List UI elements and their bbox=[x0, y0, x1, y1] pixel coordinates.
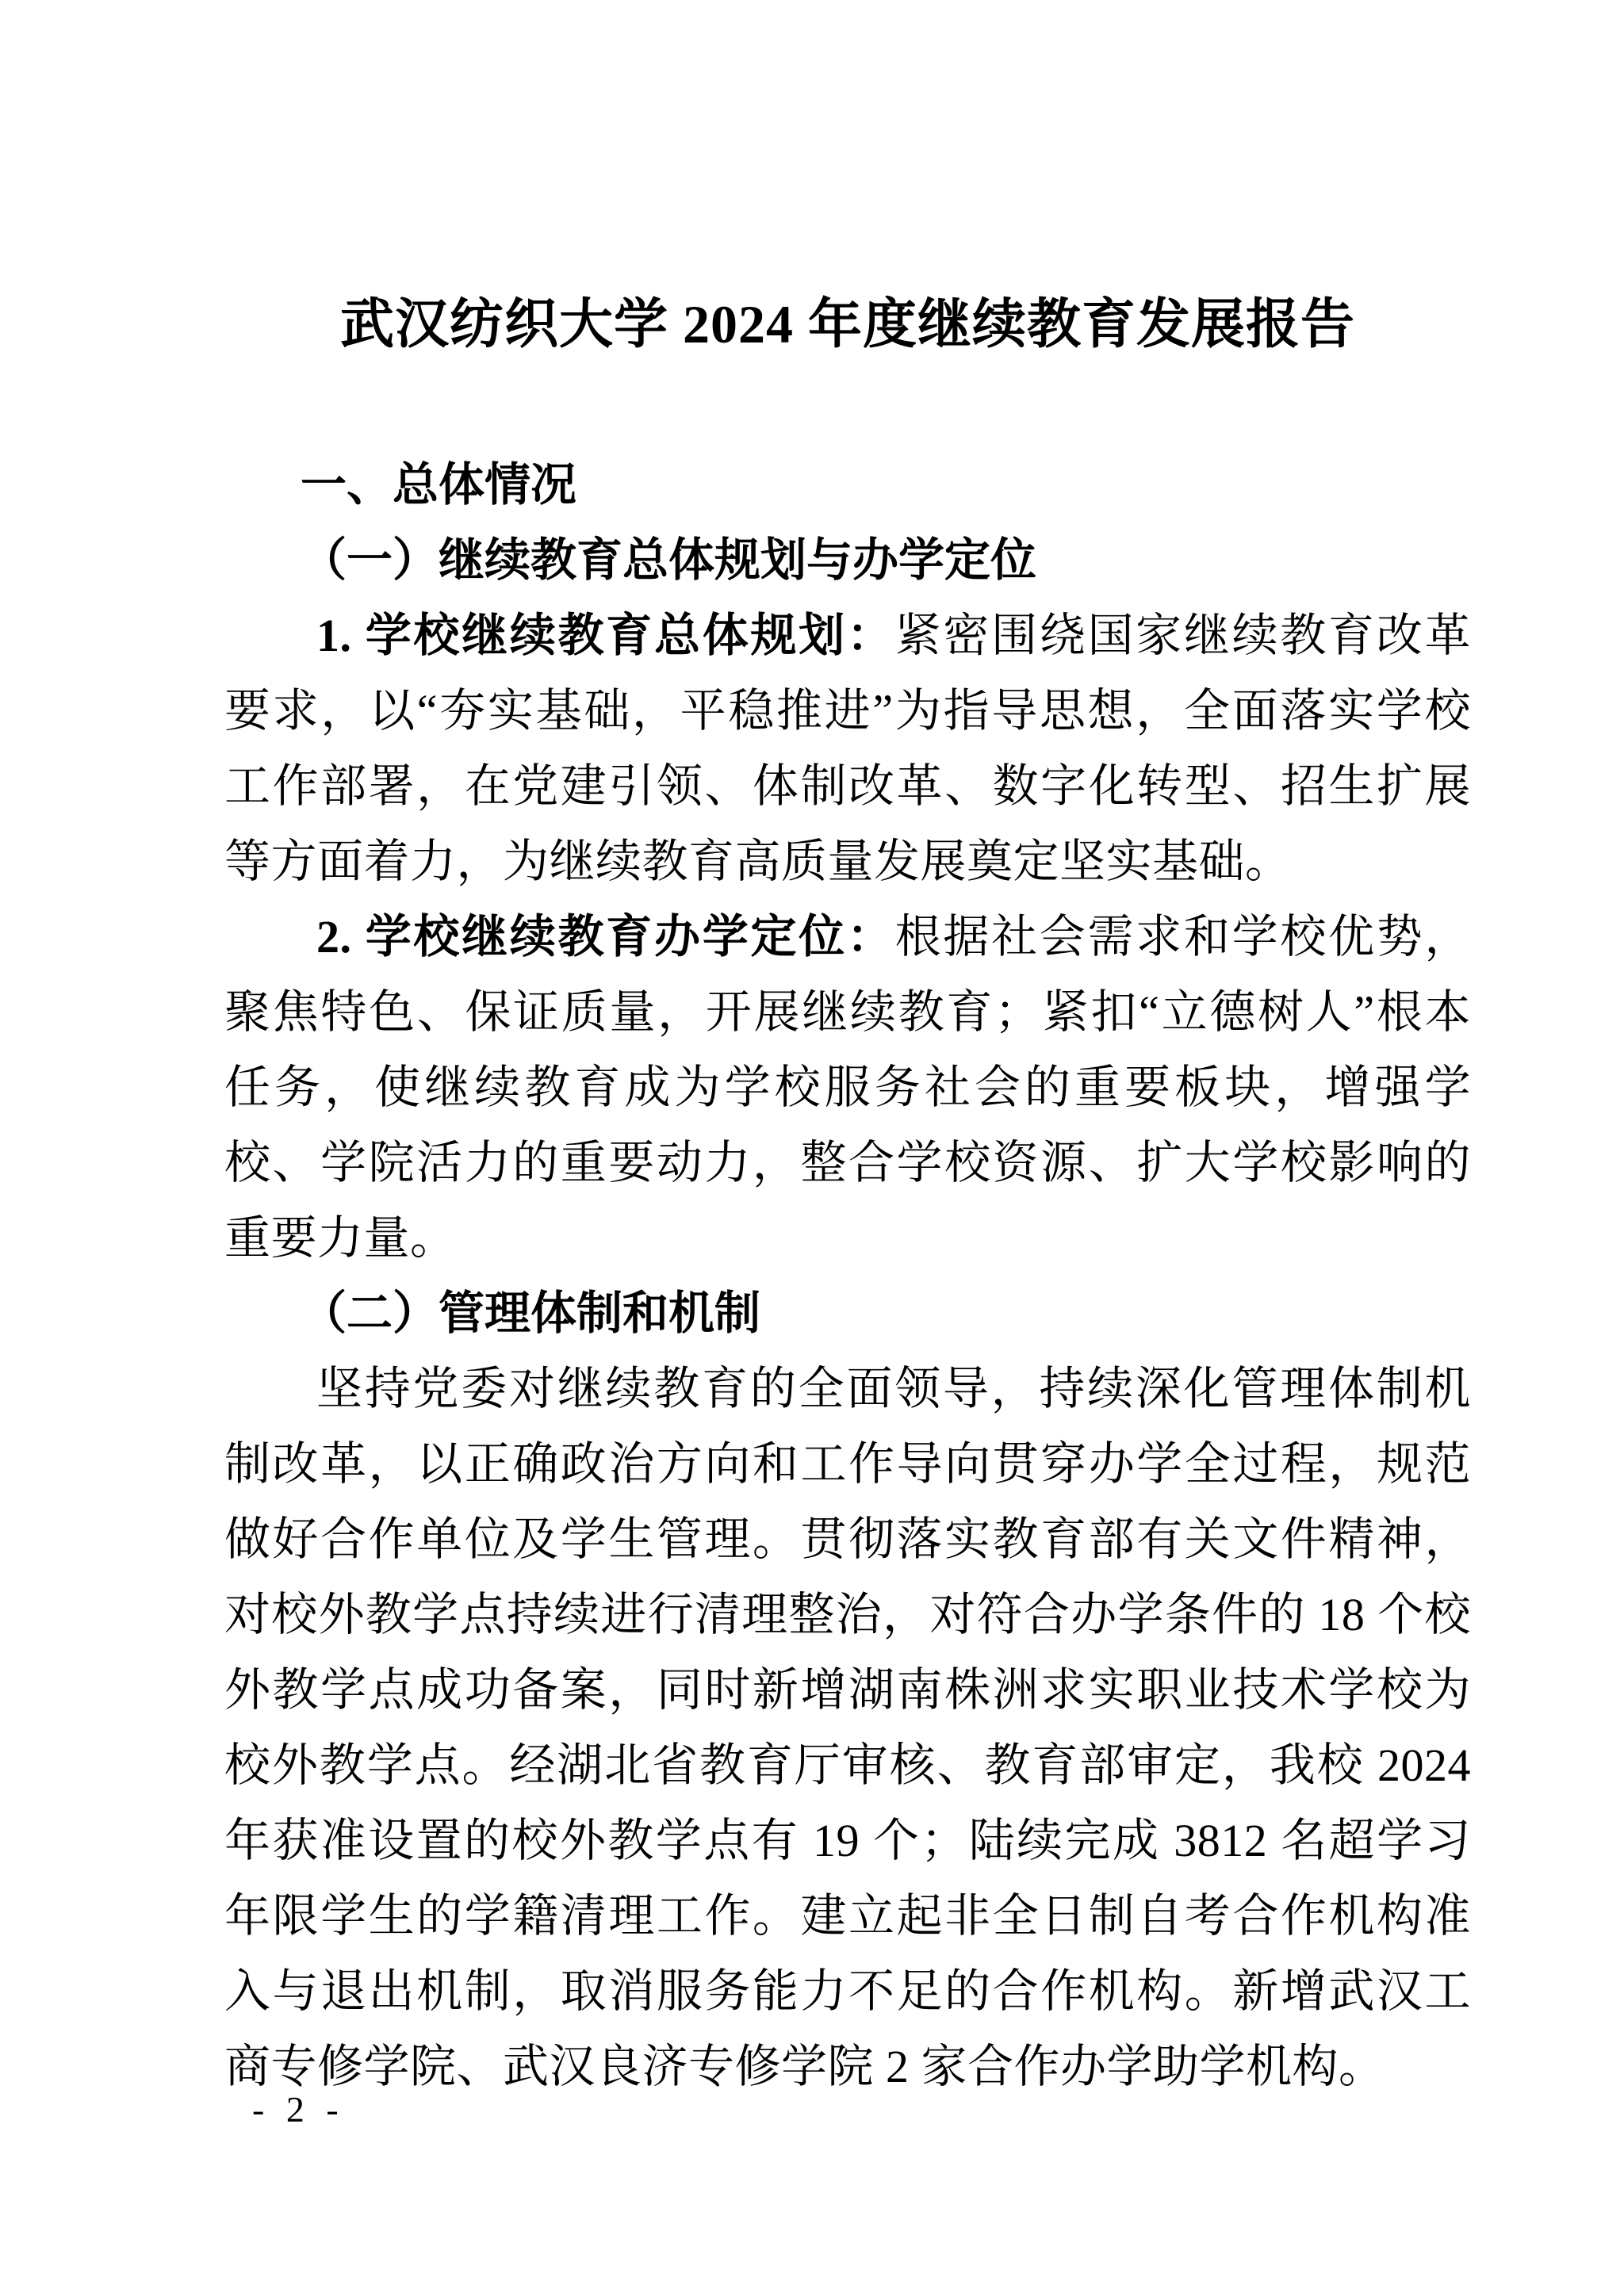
paragraph-management-system-text: 坚持党委对继续教育的全面领导，持续深化管理体制机制改革，以正确政治方向和工作导向… bbox=[224, 1363, 1471, 2092]
heading-overall-situation: 一、总体情况 bbox=[224, 447, 1471, 522]
paragraph-school-positioning-lead: 2. 学校继续教育办学定位： bbox=[316, 911, 895, 962]
page-number: - 2 - bbox=[252, 2089, 345, 2130]
paragraph-management-system: 坚持党委对继续教育的全面领导，持续深化管理体制机制改革，以正确政治方向和工作导向… bbox=[224, 1351, 1471, 2104]
document-body: 一、总体情况 （一）继续教育总体规划与办学定位 1. 学校继续教育总体规划：紧密… bbox=[224, 447, 1471, 2104]
heading-management-system: （二）管理体制和机制 bbox=[224, 1276, 1471, 1351]
paragraph-overall-planning-lead: 1. 学校继续教育总体规划： bbox=[316, 610, 895, 661]
paragraph-school-positioning-text: 根据社会需求和学校优势，聚焦特色、保证质量，开展继续教育；紧扣“立德树人”根本任… bbox=[224, 911, 1471, 1264]
page-footer: - 2 - bbox=[252, 2082, 345, 2137]
document-page: 武汉纺织大学 2024 年度继续教育发展报告 一、总体情况 （一）继续教育总体规… bbox=[0, 0, 1624, 2296]
document-title: 武汉纺织大学 2024 年度继续教育发展报告 bbox=[224, 287, 1471, 362]
paragraph-overall-planning: 1. 学校继续教育总体规划：紧密围绕国家继续教育改革要求，以“夯实基础，平稳推进… bbox=[224, 598, 1471, 899]
heading-planning-and-positioning: （一）继续教育总体规划与办学定位 bbox=[224, 522, 1471, 598]
paragraph-school-positioning: 2. 学校继续教育办学定位：根据社会需求和学校优势，聚焦特色、保证质量，开展继续… bbox=[224, 899, 1471, 1276]
